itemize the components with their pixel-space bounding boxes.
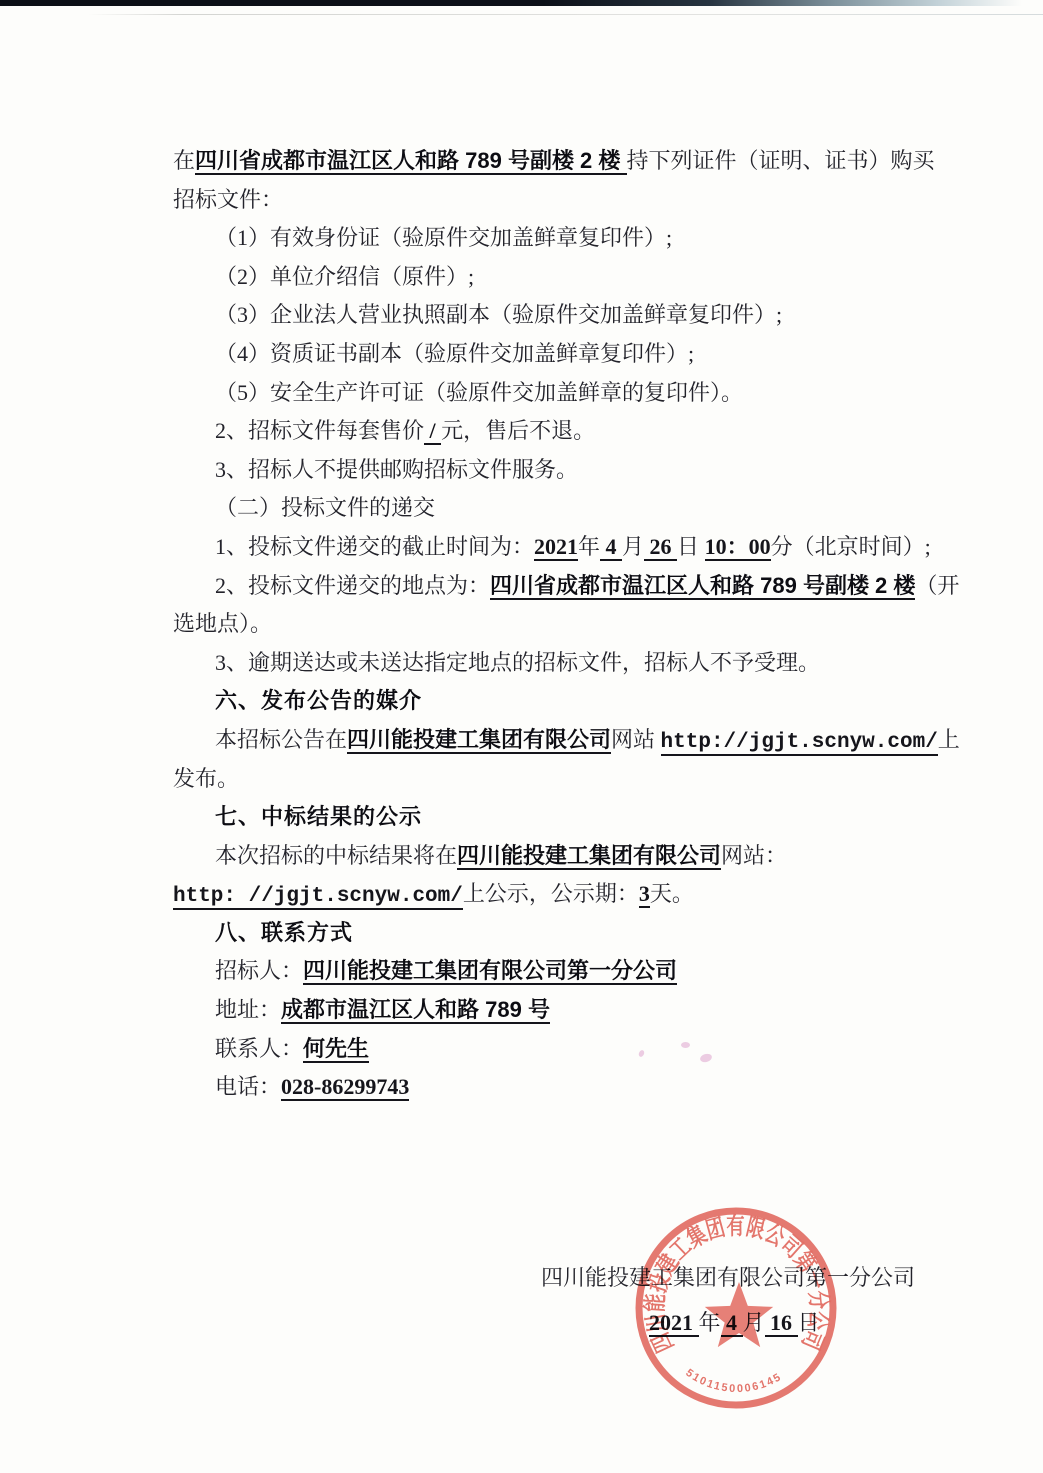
text-segment: 分（北京时间）;	[771, 534, 931, 559]
text-line: 2、招标文件每套售价 / 元，售后不退。	[173, 412, 918, 451]
signature-date: 2021 年 4 月 16 日	[649, 1306, 820, 1340]
text-line: 联系人：何先生	[173, 1030, 918, 1069]
text-segment: 四川能投建工集团有限公司	[457, 843, 721, 870]
text-segment: 3、逾期送达或未送达指定地点的招标文件，招标人不予受理。	[215, 650, 820, 675]
ink-speck	[681, 1042, 690, 1048]
text-line: 选地点）。	[173, 605, 918, 644]
text-segment: 3	[639, 881, 650, 908]
text-segment: （2）单位介绍信（原件）;	[215, 264, 474, 289]
text-segment: 2021	[534, 534, 578, 561]
text-line: 3、招标人不提供邮购招标文件服务。	[173, 451, 918, 490]
text-line: （二）投标文件的递交	[173, 489, 918, 528]
text-segment: 发布。	[173, 766, 239, 791]
section-heading-text: 八、联系方式	[215, 920, 353, 945]
section-heading-text: 七、中标结果的公示	[215, 804, 422, 829]
text-segment: 网站：	[721, 843, 787, 868]
text-line: 本招标公告在四川能投建工集团有限公司网站 http://jgjt.scnyw.c…	[173, 721, 918, 760]
text-segment: 上公示，公示期：	[463, 881, 639, 906]
text-segment: 成都市温江区人和路 789 号	[281, 997, 550, 1024]
text-segment: 1、投标文件递交的截止时间为：	[215, 534, 534, 559]
text-segment: 本次招标的中标结果将在	[215, 843, 457, 868]
text-segment: 年	[578, 534, 600, 559]
text-segment: 招标人：	[215, 958, 303, 983]
scan-edge-artifact	[0, 0, 1043, 6]
text-segment: 16	[765, 1310, 798, 1337]
text-segment: （4）资质证书副本（验原件交加盖鲜章复印件）;	[215, 341, 694, 366]
text-segment: 电话：	[215, 1074, 281, 1099]
text-line: 3、逾期送达或未送达指定地点的招标文件，招标人不予受理。	[173, 644, 918, 683]
text-segment: 四川能投建工集团有限公司第一分公司	[303, 958, 677, 985]
text-line: 2、投标文件递交的地点为：四川省成都市温江区人和路 789 号副楼 2 楼（开	[173, 567, 918, 606]
text-segment: 天。	[650, 881, 694, 906]
text-segment: 日	[677, 534, 705, 559]
text-segment: 月	[743, 1310, 765, 1335]
text-segment: 持下列证件（证明、证书）购买	[627, 148, 935, 173]
document-body: 在四川省成都市温江区人和路 789 号副楼 2 楼 持下列证件（证明、证书）购买…	[173, 142, 918, 1107]
text-segment: （开	[915, 573, 959, 598]
text-segment: 四川省成都市温江区人和路 789 号副楼 2 楼	[490, 573, 915, 600]
text-segment: 选地点）。	[173, 611, 272, 636]
text-segment: 网站	[611, 727, 661, 752]
text-segment: 本招标公告在	[215, 727, 347, 752]
text-line: 在四川省成都市温江区人和路 789 号副楼 2 楼 持下列证件（证明、证书）购买	[173, 142, 918, 181]
signature-company-name: 四川能投建工集团有限公司第一分公司	[541, 1261, 915, 1295]
text-segment: 招标文件：	[173, 187, 283, 212]
section-heading: 八、联系方式	[173, 914, 918, 953]
scan-line-artifact	[88, 14, 1043, 15]
text-line: http: //jgjt.scnyw.com/上公示，公示期：3天。	[173, 875, 918, 914]
text-segment: 028-86299743	[281, 1074, 409, 1101]
scanned-document-page: 在四川省成都市温江区人和路 789 号副楼 2 楼 持下列证件（证明、证书）购买…	[0, 0, 1043, 1473]
text-line: 招标人：四川能投建工集团有限公司第一分公司	[173, 952, 918, 991]
text-segment: 月	[622, 534, 644, 559]
text-segment: 四川省成都市温江区人和路 789 号副楼 2 楼	[195, 148, 627, 175]
text-segment: /	[424, 418, 441, 445]
text-segment: http://jgjt.scnyw.com/	[661, 731, 938, 756]
text-segment: 10：00	[705, 534, 771, 561]
text-line: （5）安全生产许可证（验原件交加盖鲜章的复印件）。	[173, 374, 918, 413]
text-line: 发布。	[173, 760, 918, 799]
section-heading-text: 六、发布公告的媒介	[215, 688, 422, 713]
text-segment: 日	[798, 1310, 820, 1335]
section-heading: 六、发布公告的媒介	[173, 682, 918, 721]
text-segment: 年	[699, 1310, 721, 1335]
text-segment: 2、投标文件递交的地点为：	[215, 573, 490, 598]
text-segment: 四川能投建工集团有限公司第一分公司	[541, 1265, 915, 1290]
text-line: （2）单位介绍信（原件）;	[173, 258, 918, 297]
text-line: （1）有效身份证（验原件交加盖鲜章复印件）;	[173, 219, 918, 258]
text-segment: 联系人：	[215, 1036, 303, 1061]
text-segment: 3、招标人不提供邮购招标文件服务。	[215, 457, 578, 482]
text-segment: （1）有效身份证（验原件交加盖鲜章复印件）;	[215, 225, 672, 250]
seal-registration-number: 5101150006145	[683, 1367, 784, 1395]
text-segment: 何先生	[303, 1036, 369, 1063]
text-line: 电话：028-86299743	[173, 1068, 918, 1107]
text-segment: 上	[938, 727, 960, 752]
text-segment: 4	[721, 1310, 743, 1337]
text-line: （4）资质证书副本（验原件交加盖鲜章复印件）;	[173, 335, 918, 374]
text-segment: （二）投标文件的递交	[215, 495, 435, 520]
text-line: 本次招标的中标结果将在四川能投建工集团有限公司网站：	[173, 837, 918, 876]
text-line: （3）企业法人营业执照副本（验原件交加盖鲜章复印件）;	[173, 296, 918, 335]
text-segment: （3）企业法人营业执照副本（验原件交加盖鲜章复印件）;	[215, 302, 782, 327]
text-segment: 在	[173, 148, 195, 173]
text-segment: http: //jgjt.scnyw.com/	[173, 885, 463, 910]
text-line: 招标文件：	[173, 181, 918, 220]
text-segment: 2、招标文件每套售价	[215, 418, 424, 443]
text-segment: 26	[644, 534, 677, 561]
section-heading: 七、中标结果的公示	[173, 798, 918, 837]
text-segment: 2021	[649, 1310, 699, 1337]
text-line: 1、投标文件递交的截止时间为：2021年 4 月 26 日 10：00分（北京时…	[173, 528, 918, 567]
text-segment: 4	[600, 534, 622, 561]
text-segment: 地址：	[215, 997, 281, 1022]
text-line: 地址：成都市温江区人和路 789 号	[173, 991, 918, 1030]
text-segment: （5）安全生产许可证（验原件交加盖鲜章的复印件）。	[215, 380, 743, 405]
text-segment: 元，售后不退。	[441, 418, 595, 443]
text-segment: 四川能投建工集团有限公司	[347, 727, 611, 754]
